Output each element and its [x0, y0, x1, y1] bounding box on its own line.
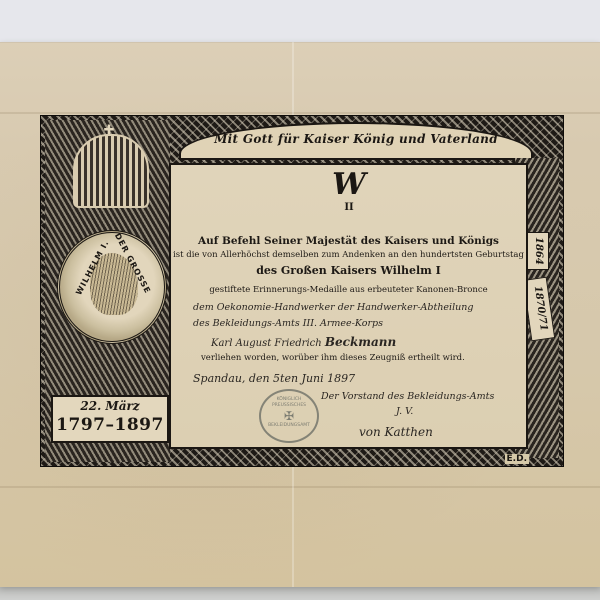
printed-line: gestiftete Erinnerungs-Medaille aus erbe…: [171, 285, 526, 295]
medallion: WILHELM I. DER GROSSE: [57, 230, 167, 344]
stamp-top-text: KÖNIGLICH PREUSSISCHES: [261, 397, 317, 409]
date-years: 1797–1897: [53, 414, 167, 436]
printed-line: ist die von Allerhöchst demselben zum An…: [171, 250, 526, 260]
certificate-text-panel: W II Auf Befehl Seiner Majestät des Kais…: [169, 163, 528, 449]
date-day: 22. März: [53, 399, 167, 414]
table-surface: [0, 585, 600, 600]
handwritten-place-date: Spandau, den 5ten Juni 1897: [193, 372, 355, 385]
monogram-numeral: II: [321, 203, 377, 213]
handwritten-recipient-name: Karl August Friedrich Beckmann: [211, 335, 396, 349]
date-plaque: 22. März 1797–1897: [51, 395, 169, 443]
handwritten-authority-abbrev: J. V.: [396, 406, 413, 417]
handwritten-recipient-line: des Bekleidungs-Amts III. Armee-Korps: [193, 318, 383, 329]
printed-line: Auf Befehl Seiner Majestät des Kaisers u…: [171, 235, 526, 247]
official-stamp: KÖNIGLICH PREUSSISCHES ✠ BEKLEIDUNGSAMT: [259, 389, 319, 443]
printed-line: verliehen worden, worüber ihm dieses Zeu…: [201, 353, 526, 363]
eagle-icon: ✠: [261, 409, 317, 423]
monogram-letter: W: [332, 167, 366, 202]
handwritten-recipient-line: dem Oekonomie-Handwerker der Handwerker-…: [193, 302, 473, 313]
handwritten-authority: Der Vorstand des Bekleidungs-Amts: [321, 391, 494, 402]
royal-monogram: W II: [321, 167, 377, 217]
cross-icon: ✚: [103, 124, 115, 138]
stamp-bottom-text: BEKLEIDUNGSAMT: [261, 423, 317, 429]
fold-crease: [0, 486, 600, 488]
left-ornament-panel: ✚ WILHELM I. DER GROSSE 22. März 1797–18…: [45, 120, 170, 462]
artist-mark: E.D.: [505, 454, 529, 464]
signature: von Katthen: [359, 425, 433, 439]
fold-crease: [0, 112, 600, 114]
imperial-crown-icon: [73, 134, 149, 208]
ribbon-year: 1864: [525, 232, 549, 270]
recipient-given-names: Karl August Friedrich: [211, 338, 322, 349]
certificate-frame: ✚ WILHELM I. DER GROSSE 22. März 1797–18…: [40, 115, 564, 467]
recipient-surname: Beckmann: [325, 335, 396, 349]
banner-motto: Mit Gott für Kaiser König und Vaterland: [181, 132, 531, 146]
printed-line: des Großen Kaisers Wilhelm I: [171, 264, 526, 277]
